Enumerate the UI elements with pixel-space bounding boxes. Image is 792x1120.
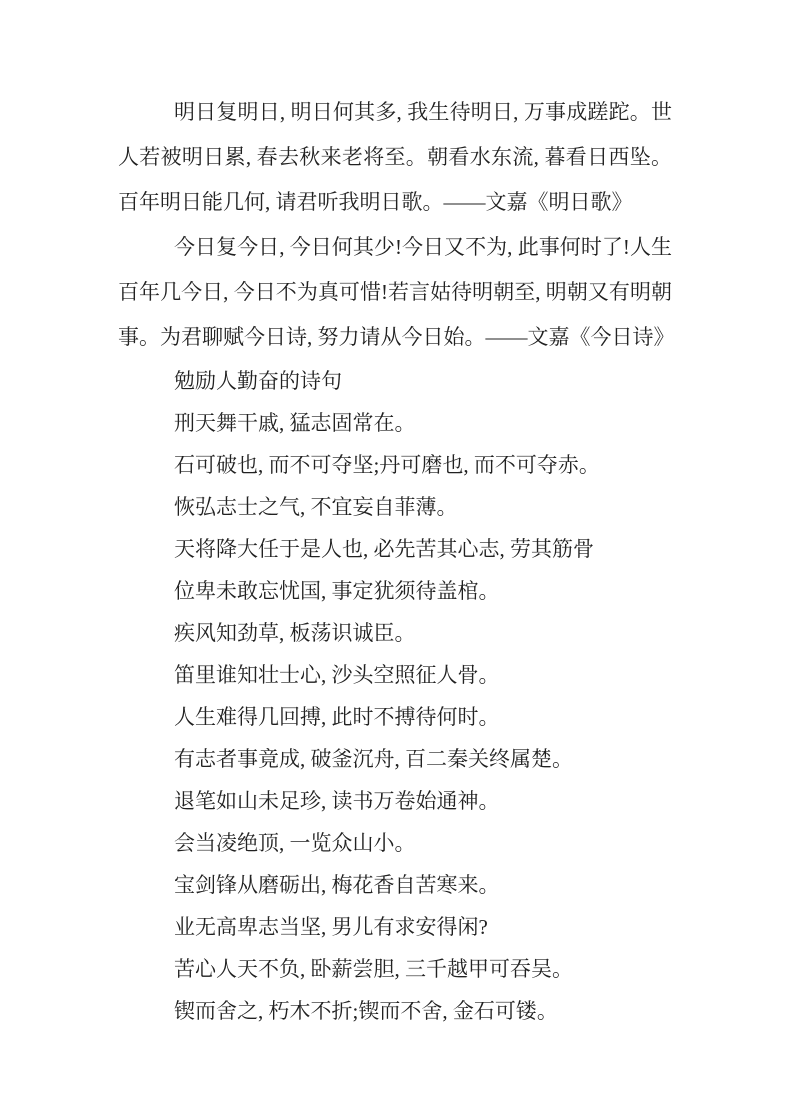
paragraph-jinrishi: 今日复今日, 今日何其少!今日又不为, 此事何时了!人生百年几今日, 今日不为真…: [118, 225, 672, 360]
document-body: 明日复明日, 明日何其多, 我生待明日, 万事成蹉跎。世人若被明日累, 春去秋来…: [118, 90, 672, 1032]
paragraph-mingrige: 明日复明日, 明日何其多, 我生待明日, 万事成蹉跎。世人若被明日累, 春去秋来…: [118, 90, 672, 225]
poem-line: 石可破也, 而不可夺坚;丹可磨也, 而不可夺赤。: [118, 444, 672, 486]
poem-line: 业无高卑志当坚, 男儿有求安得闲?: [118, 906, 672, 948]
poem-line-list: 刑天舞干戚, 猛志固常在。石可破也, 而不可夺坚;丹可磨也, 而不可夺赤。恢弘志…: [118, 402, 672, 1032]
poem-line: 刑天舞干戚, 猛志固常在。: [118, 402, 672, 444]
poem-line: 恢弘志士之气, 不宜妄自菲薄。: [118, 486, 672, 528]
poem-line: 退笔如山未足珍, 读书万卷始通神。: [118, 780, 672, 822]
poem-line: 天将降大任于是人也, 必先苦其心志, 劳其筋骨: [118, 528, 672, 570]
poem-line: 会当凌绝顶, 一览众山小。: [118, 822, 672, 864]
poem-line: 宝剑锋从磨砺出, 梅花香自苦寒来。: [118, 864, 672, 906]
poem-line: 疾风知劲草, 板荡识诚臣。: [118, 612, 672, 654]
poem-line: 位卑未敢忘忧国, 事定犹须待盖棺。: [118, 570, 672, 612]
poem-line: 苦心人天不负, 卧薪尝胆, 三千越甲可吞吴。: [118, 948, 672, 990]
poem-line: 有志者事竟成, 破釜沉舟, 百二秦关终属楚。: [118, 738, 672, 780]
poem-line: 笛里谁知壮士心, 沙头空照征人骨。: [118, 654, 672, 696]
poem-line: 人生难得几回搏, 此时不搏待何时。: [118, 696, 672, 738]
section-title: 勉励人勤奋的诗句: [118, 360, 672, 402]
poem-line: 锲而舍之, 朽木不折;锲而不舍, 金石可镂。: [118, 990, 672, 1032]
document-page: 明日复明日, 明日何其多, 我生待明日, 万事成蹉跎。世人若被明日累, 春去秋来…: [0, 0, 792, 1120]
